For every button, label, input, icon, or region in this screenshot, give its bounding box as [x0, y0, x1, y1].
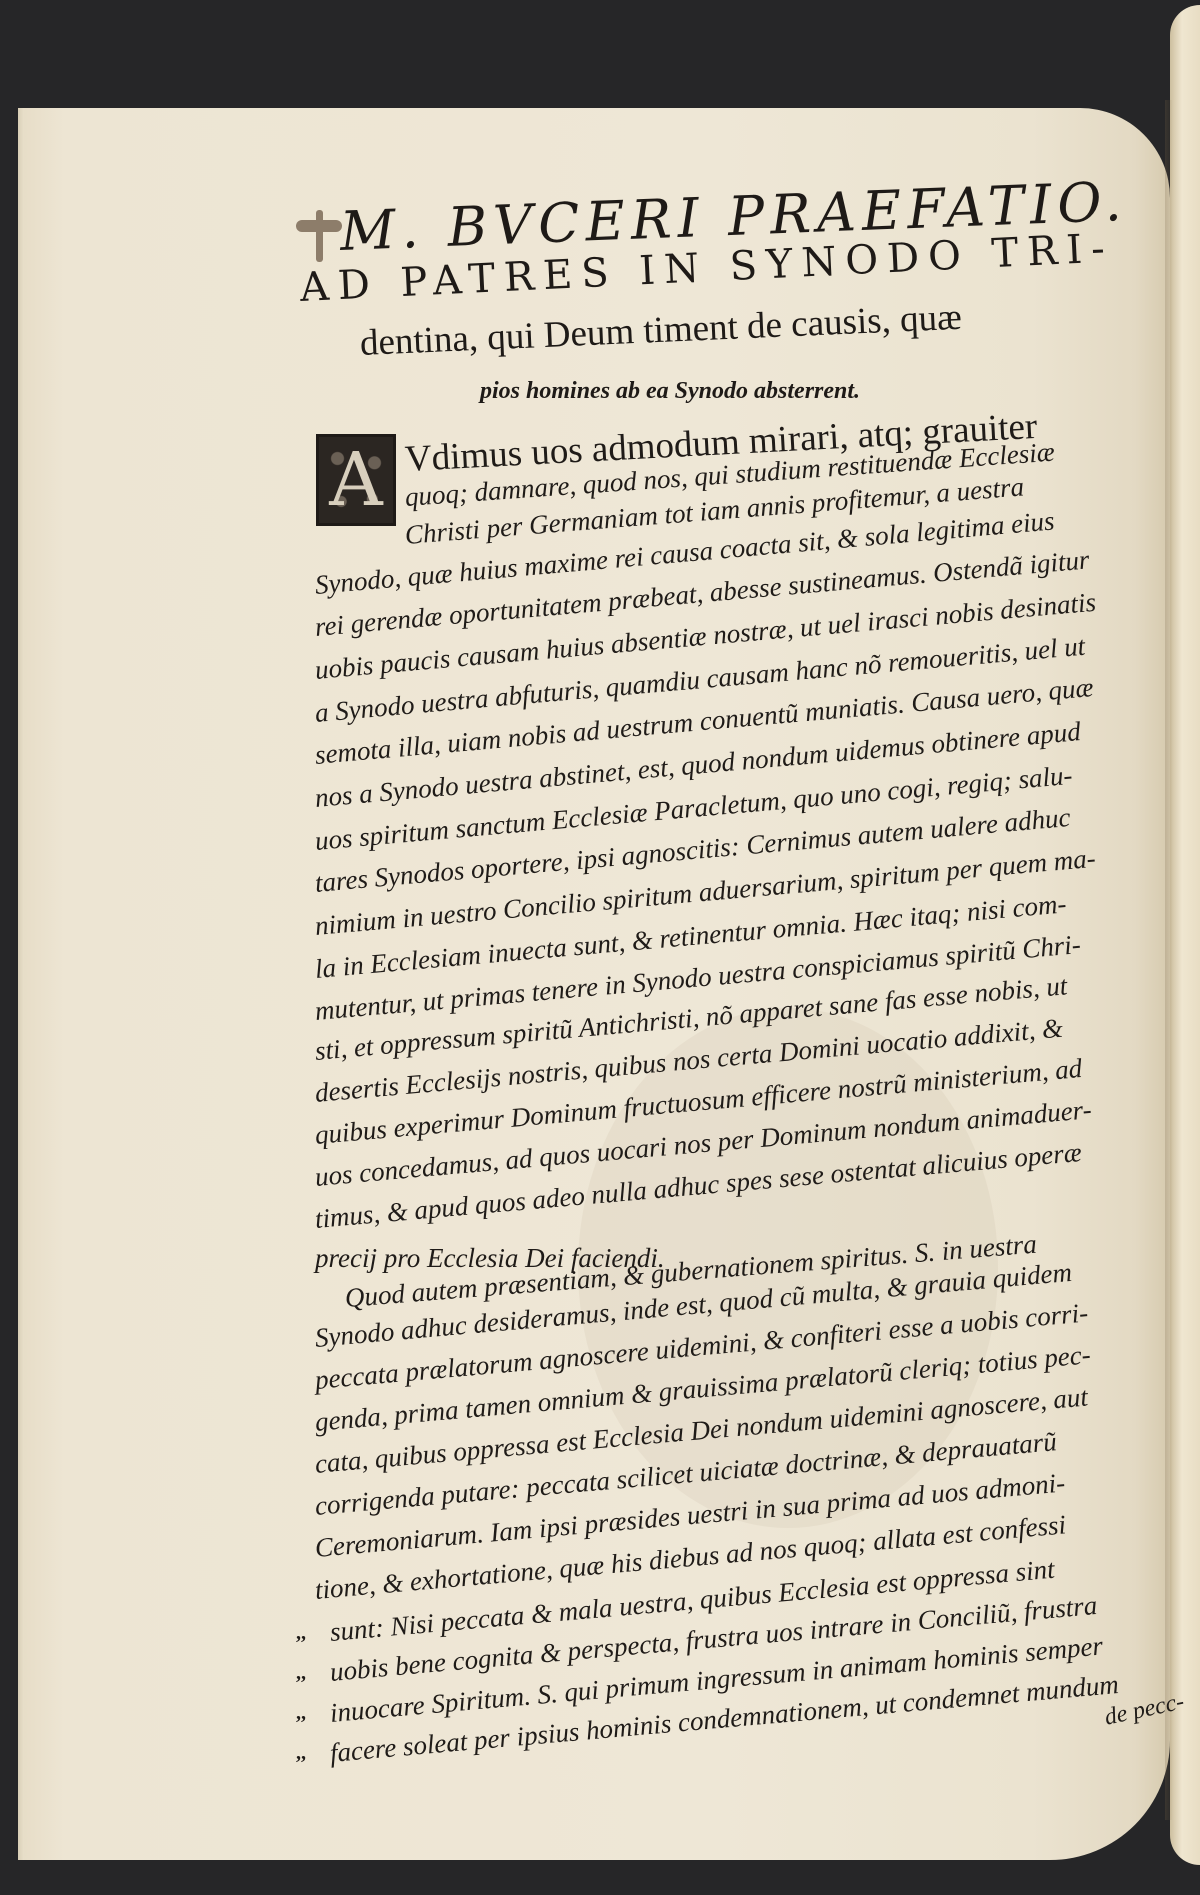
- heading-subtitle-italic: pios homines ab ea Synodo absterrent.: [480, 378, 1080, 405]
- marginal-quote-mark: ,,: [296, 1622, 306, 1645]
- marginal-quote-mark: ,,: [296, 1662, 306, 1685]
- adjacent-page-edge: [1170, 5, 1200, 1865]
- page-curl-shadow: [1165, 100, 1173, 1820]
- marginal-quote-mark: ,,: [296, 1742, 306, 1765]
- decorated-initial-letter: A: [316, 434, 396, 526]
- initial-letter-glyph: A: [329, 443, 382, 517]
- manuscript-cross-mark-icon: [296, 210, 342, 262]
- marginal-quote-mark: ,,: [296, 1702, 306, 1725]
